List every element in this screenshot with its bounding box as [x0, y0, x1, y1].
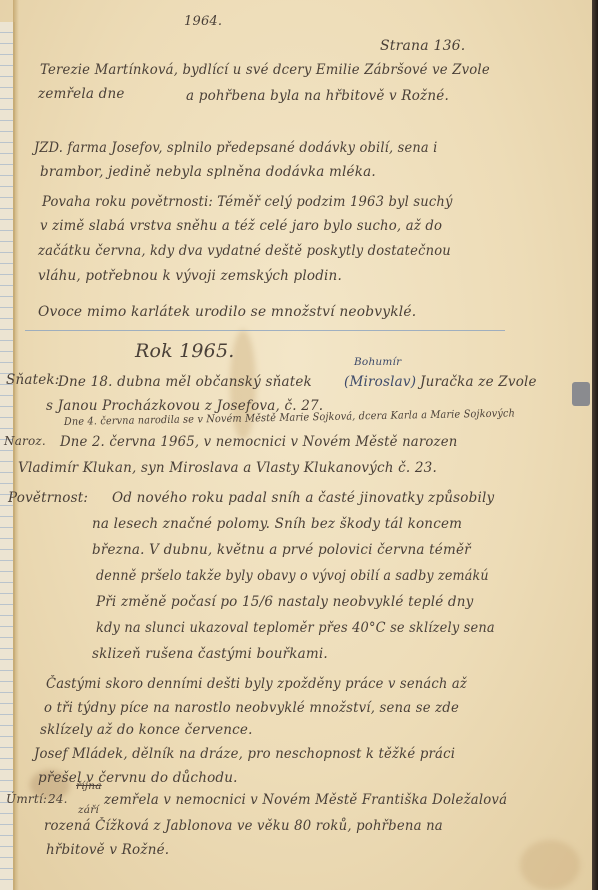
year-note: 1964.	[184, 14, 222, 29]
entry-1-line-2b: a pohřbena byla na hřbitově v Rožné.	[186, 88, 449, 104]
weather-line-1: Od nového roku padal sníh a časté jinova…	[112, 490, 494, 506]
weather-line-4: denně pršelo takže byly obavy o vývoj ob…	[96, 568, 489, 584]
birth-label: Naroz.	[4, 434, 46, 448]
ink-blot	[572, 382, 590, 406]
weather-line-2: na lesech značné polomy. Sníh bez škody …	[92, 516, 462, 532]
wedding-name-struck: (Miroslav)	[344, 374, 416, 390]
wedding-line-1: Dne 18. dubna měl občanský sňatek	[58, 374, 312, 390]
weather-line-10: sklízely až do konce července.	[40, 722, 253, 738]
entry-2-line-1: JZD. farma Josefov, splnilo předepsané d…	[34, 140, 437, 156]
weather-label: Povětrnost:	[8, 490, 88, 506]
entry-3-line-3: začátku června, kdy dva vydatné deště po…	[38, 243, 451, 259]
death-month-struck: října	[76, 780, 102, 792]
death-line-1: zemřela v nemocnici v Novém Městě Franti…	[104, 792, 507, 808]
entry-4-line-1: Ovoce mimo karlátek urodilo se množství …	[38, 304, 416, 320]
wedding-name-correction: Bohumír	[354, 356, 401, 368]
death-day: 24.	[48, 792, 68, 806]
wedding-label: Sňatek:	[6, 372, 60, 388]
death-label: Úmrtí:	[6, 792, 47, 806]
death-month-correction: září	[78, 804, 99, 816]
retirement-line-1: Josef Mládek, dělník na dráze, pro nesch…	[34, 746, 455, 762]
entry-1-line-1: Terezie Martínková, bydlící u své dcery …	[40, 62, 490, 78]
entry-2-line-2: brambor, jedině nebyla splněna dodávka m…	[40, 164, 376, 180]
death-line-3: hřbitově v Rožné.	[46, 842, 169, 858]
entry-3-line-4: vláhu, potřebnou k vývoji zemských plodi…	[38, 268, 342, 284]
entry-3-line-1: Povaha roku povětrnosti: Téměř celý podz…	[42, 194, 453, 210]
wedding-line-1-end: Juračka ze Zvole	[420, 374, 537, 390]
corner-stain	[520, 840, 580, 890]
birth-line-1: Dne 2. června 1965, v nemocnici v Novém …	[60, 434, 457, 450]
birth-line-2: Vladimír Klukan, syn Miroslava a Vlasty …	[18, 460, 437, 476]
entry-1-line-2a: zemřela dne	[38, 86, 125, 102]
page-edge-shadow	[592, 0, 598, 890]
retirement-line-2: přešel v červnu do důchodu.	[38, 770, 238, 786]
weather-line-9: o tři týdny píce na narostlo neobvyklé m…	[44, 700, 459, 716]
manuscript-page: 1964. Strana 136. Terezie Martínková, by…	[0, 0, 592, 890]
year-heading: Rok 1965.	[135, 340, 235, 362]
section-divider	[25, 330, 505, 331]
weather-line-5: Při změně počasí po 15/6 nastaly neobvyk…	[96, 594, 474, 610]
weather-line-8: Častými skoro denními dešti byly zpožděn…	[46, 676, 467, 692]
weather-line-7: sklizeň rušena častými bouřkami.	[92, 646, 328, 662]
page-number: Strana 136.	[380, 38, 465, 54]
weather-line-3: března. V dubnu, květnu a prvé polovici …	[92, 542, 471, 558]
weather-line-6: kdy na slunci ukazoval teploměr přes 40°…	[96, 620, 495, 636]
entry-3-line-2: v zimě slabá vrstva sněhu a též celé jar…	[40, 218, 442, 234]
death-line-2: rozená Čížková z Jablonova ve věku 80 ro…	[44, 818, 443, 834]
